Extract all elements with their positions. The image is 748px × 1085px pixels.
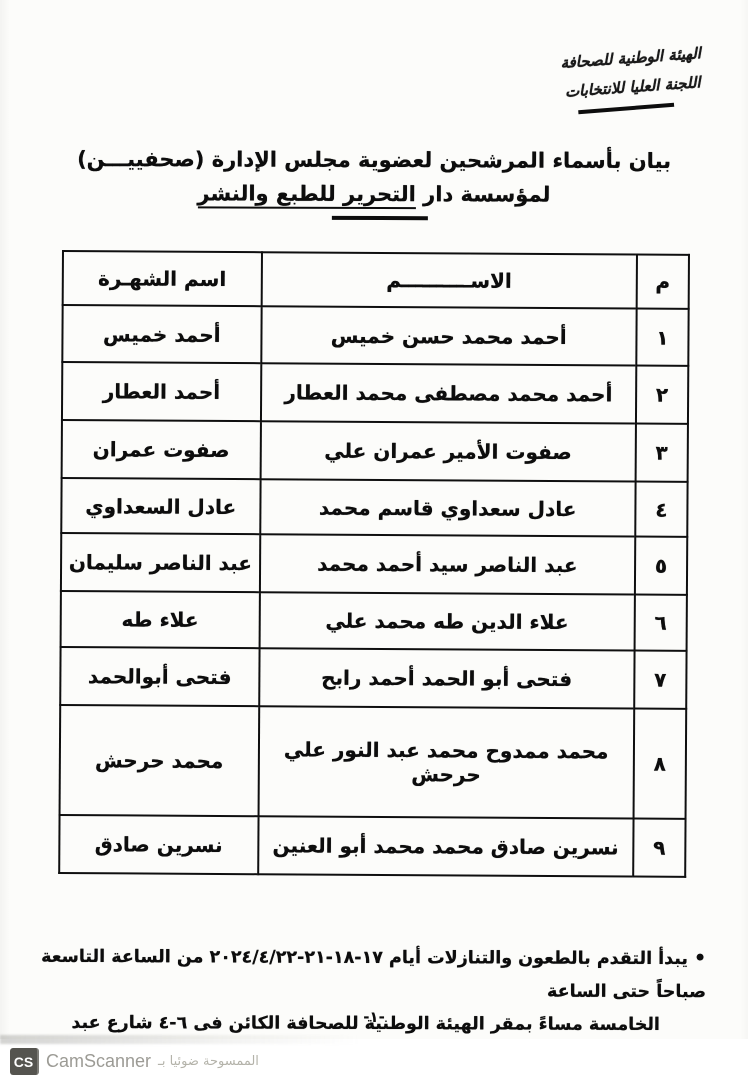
table-row: ٤ عادل سعداوي قاسم محمد عادل السعداوي xyxy=(61,478,687,537)
candidate-name: علاء الدين طه محمد علي xyxy=(259,592,635,650)
candidate-name: نسرين صادق محمد محمد أبو العنين xyxy=(258,816,634,876)
header-alias: اسم الشهـرة xyxy=(63,251,262,306)
row-number: ٩ xyxy=(633,819,686,877)
table-row: ٨ محمد ممدوح محمد عبد النور علي حرحش محم… xyxy=(60,705,687,819)
camscanner-brand-text: CamScanner xyxy=(46,1051,151,1072)
document-title: بيان بأسماء المرشحين لعضوية مجلس الإدارة… xyxy=(0,143,748,221)
row-number: ٣ xyxy=(635,424,688,482)
title-line2: لمؤسسة دار التحرير للطبع والنشر xyxy=(0,176,748,212)
candidate-alias: أحمد العطار xyxy=(62,362,261,421)
footer-line1: •يبدأ التقدم بالطعون والتنازلات أيام ٢٠٢… xyxy=(38,939,706,1009)
table-row: ٢ أحمد محمد مصطفى محمد العطار أحمد العطا… xyxy=(62,362,688,424)
camscanner-logo-icon: CS xyxy=(10,1048,39,1075)
row-number: ٤ xyxy=(635,482,687,537)
candidate-alias: محمد حرحش xyxy=(60,705,259,816)
letterhead-handwriting: الهيئة الوطنية للصحافة اللجنة العليا للا… xyxy=(530,37,734,116)
candidate-name: فتحى أبو الحمد أحمد رابح xyxy=(259,648,635,708)
candidate-alias: صفوت عمران xyxy=(62,420,261,479)
candidate-name: أحمد محمد حسن خميس xyxy=(261,306,637,365)
candidate-alias: أحمد خميس xyxy=(62,305,261,363)
scan-smudge xyxy=(0,1035,360,1044)
row-number: ٨ xyxy=(633,709,686,819)
table-row: ٦ علاء الدين طه محمد علي علاء طه xyxy=(61,591,687,651)
candidate-alias: عادل السعداوي xyxy=(61,478,260,534)
title-separator-line xyxy=(332,216,428,220)
title-line2-prefix: لمؤسسة دار xyxy=(416,182,551,206)
table-header-row: م الاســــــــــم اسم الشهـرة xyxy=(63,251,689,309)
table-row: ٣ صفوت الأمير عمران علي صفوت عمران xyxy=(62,420,688,482)
row-number: ٥ xyxy=(635,537,688,595)
camscanner-arabic-text: الممسوحة ضوئيا بـ xyxy=(158,1054,259,1069)
candidate-alias: علاء طه xyxy=(61,591,260,648)
row-number: ٦ xyxy=(634,595,686,651)
candidates-table: م الاســــــــــم اسم الشهـرة ١ أحمد محم… xyxy=(58,250,690,878)
camscanner-watermark: CS CamScanner الممسوحة ضوئيا بـ xyxy=(10,1048,259,1075)
header-number: م xyxy=(636,255,688,309)
page-number: -١- xyxy=(0,1008,748,1026)
row-number: ٧ xyxy=(634,651,687,709)
candidate-alias: فتحى أبوالحمد xyxy=(60,647,259,706)
header-name: الاســــــــــم xyxy=(261,252,637,308)
candidate-name: عادل سعداوي قاسم محمد xyxy=(260,479,636,536)
row-number: ٢ xyxy=(636,366,689,424)
candidate-name: محمد ممدوح محمد عبد النور علي حرحش xyxy=(258,706,634,818)
footer-dates: ٢٠٢٤/٤/٢٢-٢١-١٨-١٧ xyxy=(209,947,383,968)
page-number-text: -١- xyxy=(363,1008,385,1026)
candidate-alias: نسرين صادق xyxy=(59,815,258,874)
table-row: ١ أحمد محمد حسن خميس أحمد خميس xyxy=(62,305,688,366)
bullet-icon: • xyxy=(694,941,706,976)
row-number: ١ xyxy=(636,309,689,366)
table-row: ٥ عبد الناصر سيد أحمد محمد عبد الناصر سل… xyxy=(61,533,687,595)
scanned-document-page: { "letterhead": { "line1": "الهيئة الوطن… xyxy=(0,0,748,1085)
table-row: ٧ فتحى أبو الحمد أحمد رابح فتحى أبوالحمد xyxy=(60,647,686,709)
candidates-table-wrap: م الاســــــــــم اسم الشهـرة ١ أحمد محم… xyxy=(58,250,690,878)
candidate-name: صفوت الأمير عمران علي xyxy=(260,421,636,481)
title-line2-underlined: التحرير للطبع والنشر xyxy=(197,181,415,209)
footer-line1-text: يبدأ التقدم بالطعون والتنازلات أيام xyxy=(383,948,688,969)
candidate-alias: عبد الناصر سليمان xyxy=(61,533,260,592)
camscanner-watermark-bar: CS CamScanner الممسوحة ضوئيا بـ xyxy=(0,1039,748,1085)
title-line1: بيان بأسماء المرشحين لعضوية مجلس الإدارة… xyxy=(0,143,748,179)
table-row: ٩ نسرين صادق محمد محمد أبو العنين نسرين … xyxy=(59,815,685,877)
candidate-name: أحمد محمد مصطفى محمد العطار xyxy=(261,363,637,423)
candidate-name: عبد الناصر سيد أحمد محمد xyxy=(260,534,636,594)
